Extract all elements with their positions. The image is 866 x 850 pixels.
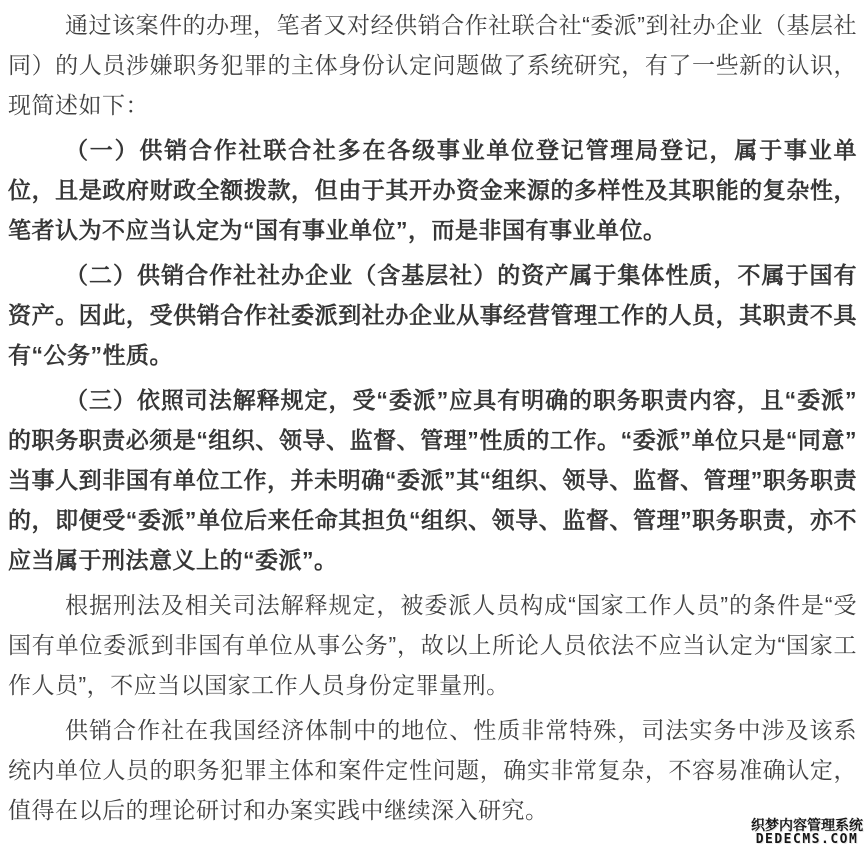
dedecms-watermark: 织梦内容管理系统 DEDECMS.COM bbox=[751, 818, 863, 846]
document-page: { "page": { "background": "#ffffff", "te… bbox=[0, 0, 866, 850]
article-body: 通过该案件的办理，笔者又对经供销合作社联合社“委派”到社办企业（基层社同）的人员… bbox=[0, 0, 866, 830]
point-2-paragraph: （二）供销合作社社办企业（含基层社）的资产属于集体性质，不属于国有资产。因此，受… bbox=[8, 255, 857, 375]
point-1-paragraph: （一）供销合作社联合社多在各级事业单位登记管理局登记，属于事业单位，且是政府财政… bbox=[8, 130, 857, 250]
intro-paragraph: 通过该案件的办理，笔者又对经供销合作社联合社“委派”到社办企业（基层社同）的人员… bbox=[8, 5, 857, 125]
conclusion-law-paragraph: 根据刑法及相关司法解释规定，被委派人员构成“国家工作人员”的条件是“受国有单位委… bbox=[8, 585, 857, 705]
watermark-domain-text: DEDECMS.COM bbox=[751, 833, 863, 846]
point-3-paragraph: （三）依照司法解释规定，受“委派”应具有明确的职务职责内容，且“委派”的职务职责… bbox=[8, 380, 857, 580]
watermark-chinese-text: 织梦内容管理系统 bbox=[751, 818, 863, 832]
closing-paragraph: 供销合作社在我国经济体制中的地位、性质非常特殊，司法实务中涉及该系统内单位人员的… bbox=[8, 710, 857, 830]
